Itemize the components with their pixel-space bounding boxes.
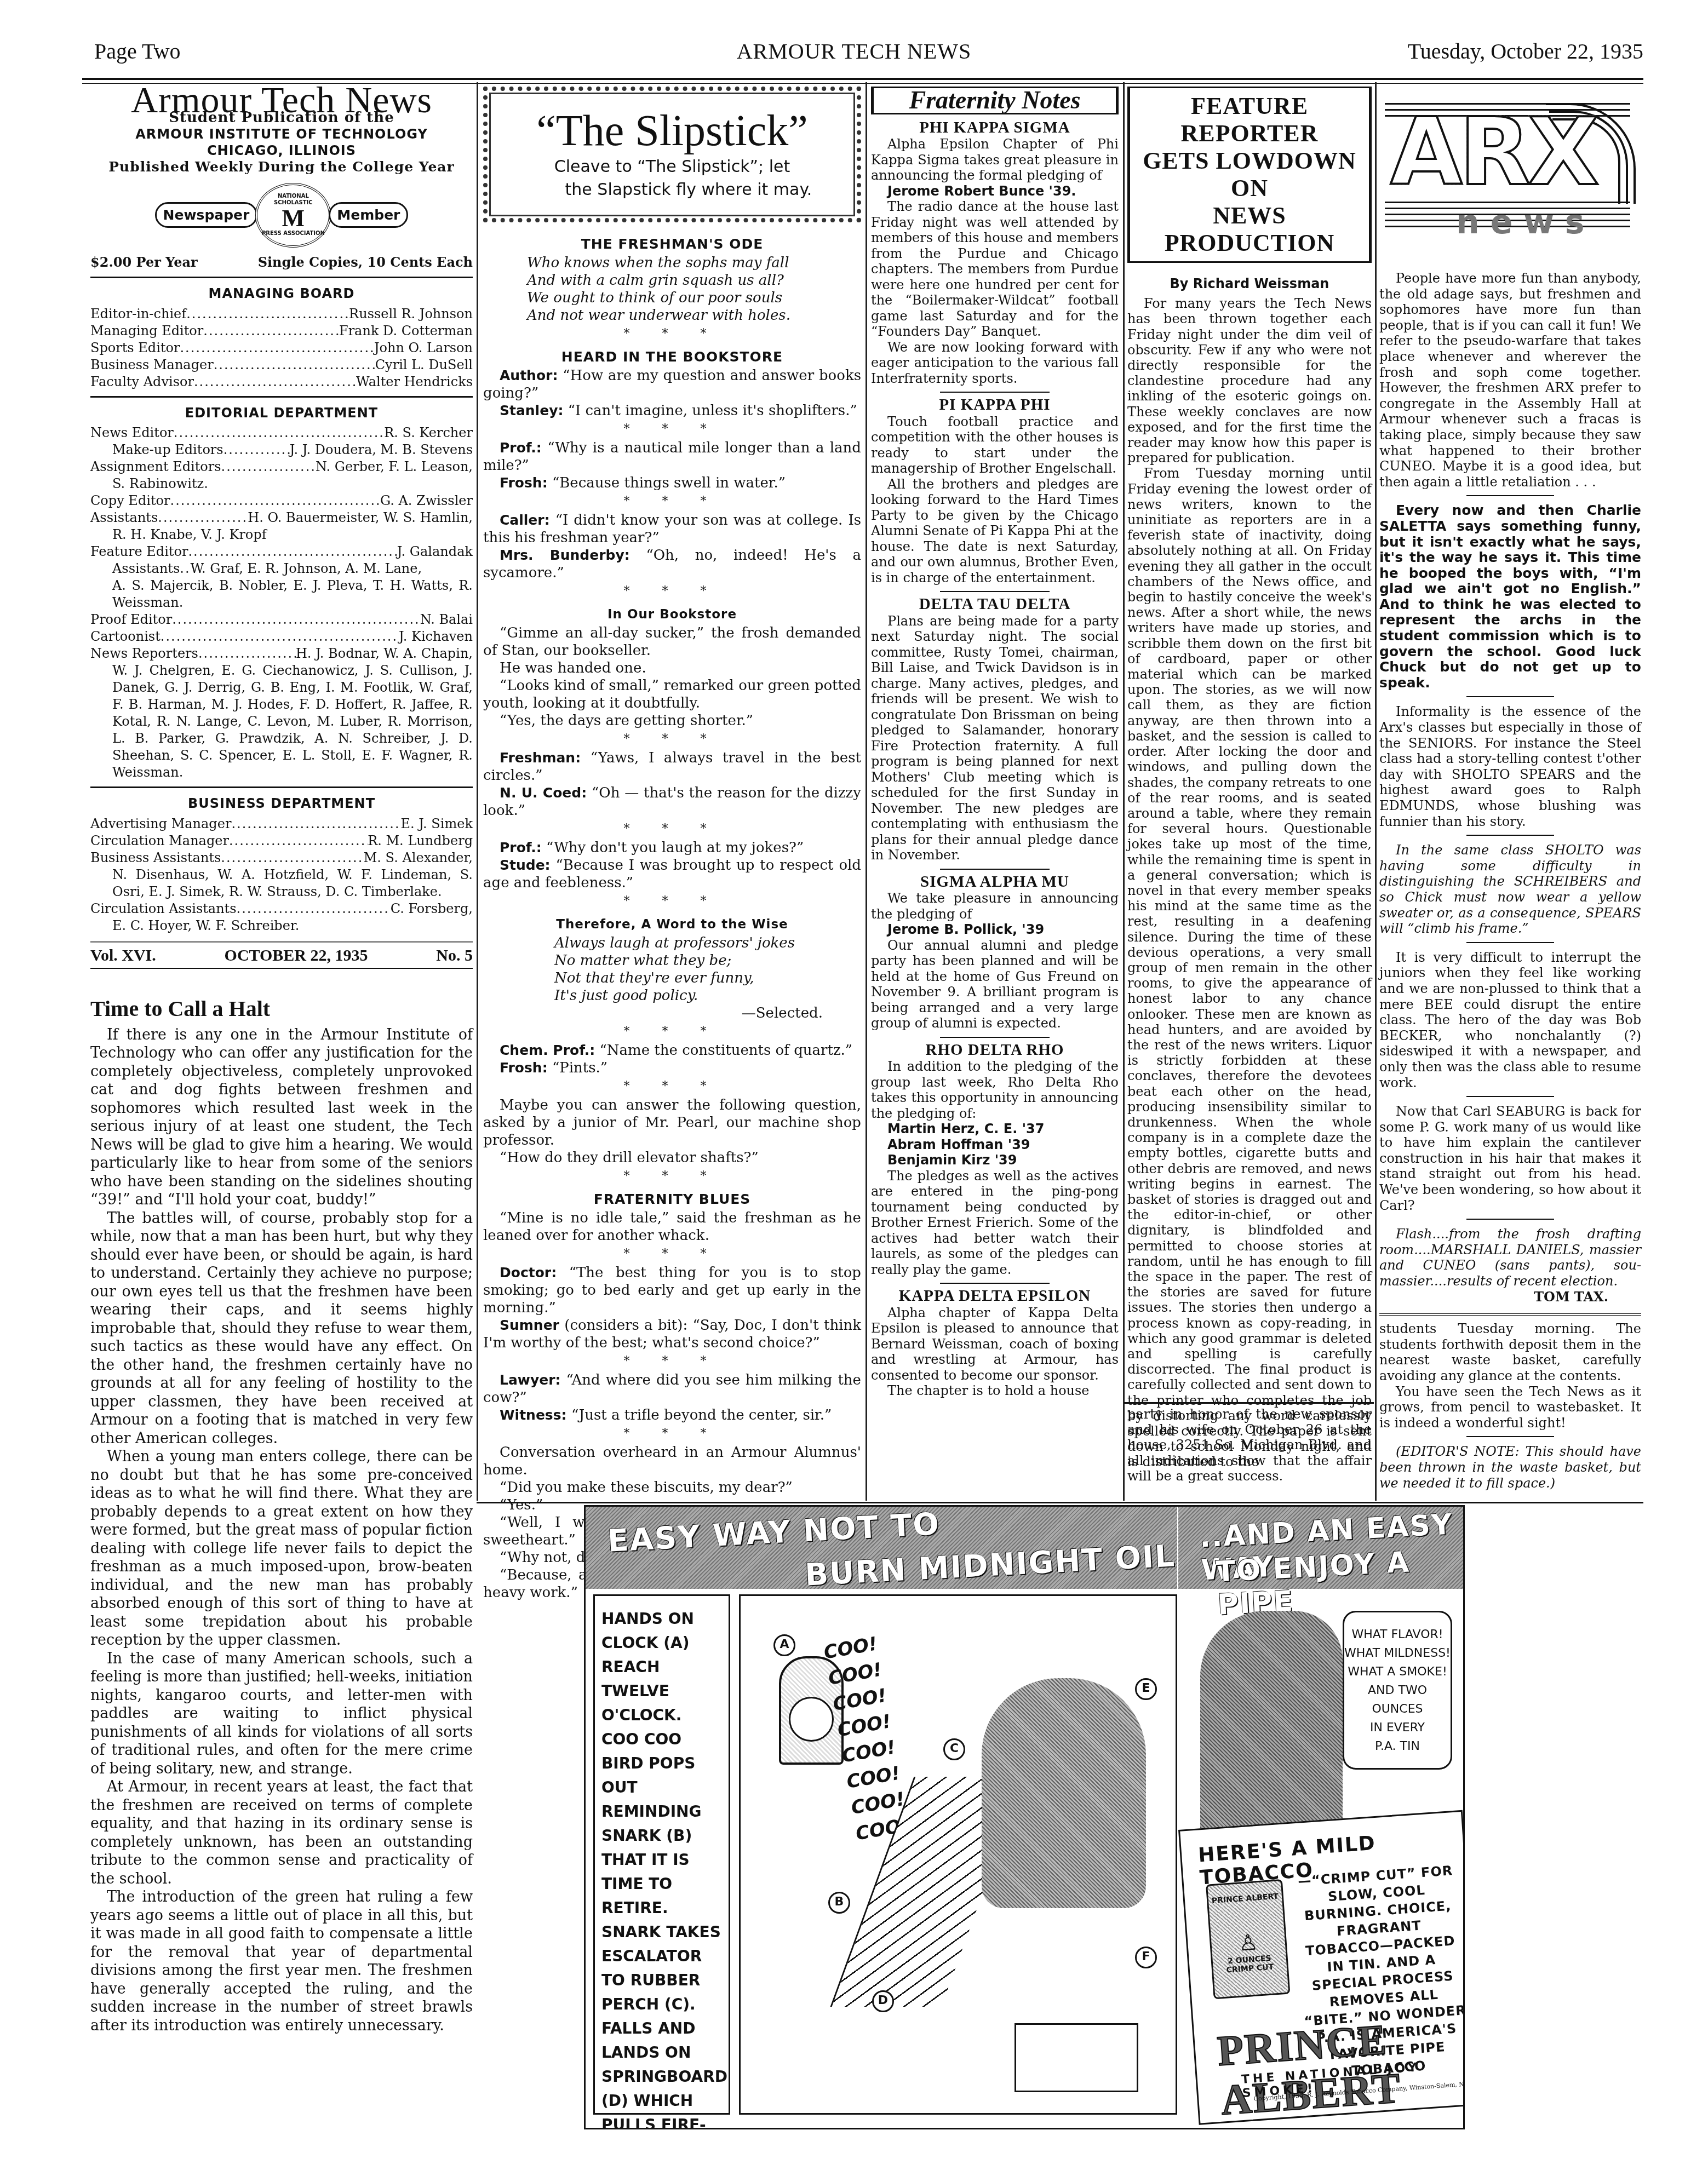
jump-rule <box>1124 1402 1374 1404</box>
divider <box>90 396 473 398</box>
speaker: Lawyer: <box>500 1372 560 1388</box>
slipstick-motto-1: Cleave to “The Slipstick”; let <box>498 156 846 179</box>
frat-paragraph: The pledges as well as the actives are e… <box>871 1168 1119 1278</box>
staff-name: H. J. Bodnar, W. A. Chapin, <box>296 645 473 662</box>
frat-paragraph: Alpha Epsilon Chapter of Phi Kappa Sigma… <box>871 136 1119 183</box>
joke-line: Stanley: “I can't imagine, unless it's s… <box>483 402 861 420</box>
feature-byline: By Richard Weissman <box>1127 276 1372 291</box>
joke-line: Author: “How are my question and answer … <box>483 367 861 402</box>
headline-line: GETS LOWDOWN ON <box>1133 147 1366 202</box>
speaker: Chem. Prof.: <box>500 1042 595 1058</box>
ad-headline-line: BURN MIDNIGHT OIL <box>804 1540 1176 1592</box>
wise-heading: Therefore, A Word to the Wise <box>483 916 861 933</box>
joke-line: Sumner (considers a bit): “Say, Doc, I d… <box>483 1317 861 1352</box>
staff-row: News ReportersH. J. Bodnar, W. A. Chapin… <box>90 645 473 662</box>
editorial-paragraph: In the case of many American schools, su… <box>90 1650 473 1778</box>
badge-newspaper: Newspaper <box>155 202 258 228</box>
staff-continuation: E. C. Hoyer, W. F. Schreiber. <box>90 917 473 934</box>
headline-line: FEATURE REPORTER <box>1133 93 1366 147</box>
tobacco-tin-icon: PRINCE ALBERT ♙ 2 OUNCES CRIMP CUT <box>1206 1879 1290 1999</box>
divider <box>1466 942 1554 943</box>
story-line: “Did you make these biscuits, my dear?” <box>483 1479 861 1496</box>
staff-row: Copy EditorG. A. Zwissler <box>90 492 473 509</box>
bubble-line: P.A. TIN <box>1344 1737 1451 1756</box>
frat-heading-pi-kappa-phi: PI KAPPA PHI <box>871 397 1119 413</box>
feature-paragraph: From Tuesday morning until Friday evenin… <box>1127 466 1372 1469</box>
bubble-line: WHAT FLAVOR! <box>1344 1626 1451 1644</box>
feature-column: FEATURE REPORTER GETS LOWDOWN ON NEWS PR… <box>1127 87 1372 1470</box>
staff-continuation: N. Disenhaus, W. A. Hotzfield, W. F. Lin… <box>90 866 473 900</box>
divider <box>940 1037 1050 1038</box>
joke-line: Stude: “Because I was brought up to resp… <box>483 857 861 892</box>
quote: “I can't imagine, unless it's shoplifter… <box>568 403 857 419</box>
frat-heading-phi-kappa-sigma: PHI KAPPA SIGMA <box>871 120 1119 136</box>
issue-number: No. 5 <box>436 946 473 965</box>
masthead-city: CHICAGO, ILLINOIS <box>90 142 473 159</box>
staff-row: Managing EditorFrank D. Cotterman <box>90 323 473 340</box>
label-c-icon: C <box>943 1738 965 1760</box>
label-d-icon: D <box>872 1990 894 2012</box>
ad-headline-right: ..AND AN EASY WAY TO ENJOY A PIPE <box>1178 1507 1463 1589</box>
speaker: Mrs. Bunderby: <box>500 547 630 563</box>
editorial-title: Time to Call a Halt <box>90 1000 473 1018</box>
feature-continuation: students Tuesday morning. The students f… <box>1379 1321 1641 1383</box>
separator-stars: * * * <box>483 1023 861 1041</box>
joke-line: Chem. Prof.: “Name the constituents of q… <box>483 1042 861 1059</box>
story-line: Maybe you can answer the following quest… <box>483 1096 861 1149</box>
ad-cartoon-caption: HANDS ON CLOCK (A) REACH TWELVE O'CLOCK.… <box>593 1594 730 2115</box>
arx-logo-text: ARX <box>1390 103 1596 202</box>
staff-role: Editor-in-chief <box>90 306 186 323</box>
staff-row: AssistantsH. O. Bauermeister, W. S. Haml… <box>90 509 473 526</box>
staff-row: News EditorR. S. Kercher <box>90 424 473 441</box>
pledge-name: Jerome B. Pollick, '39 <box>871 922 1119 938</box>
joke-line: N. U. Coed: “Oh — that's the reason for … <box>483 784 861 819</box>
divider <box>940 869 1050 870</box>
divider <box>940 392 1050 393</box>
joke-line: Prof.: “Why don't you laugh at my jokes?… <box>483 839 861 857</box>
staff-name: M. S. Alexander, <box>364 849 473 866</box>
staff-name: R. M. Lundberg <box>368 832 473 849</box>
separator-stars: * * * <box>483 1245 861 1263</box>
speaker: Witness: <box>500 1407 567 1423</box>
divider <box>1466 1436 1554 1437</box>
separator-stars: * * * <box>483 583 861 600</box>
speaker: Caller: <box>500 512 550 528</box>
subscription-prices: $2.00 Per Year Single Copies, 10 Cents E… <box>90 253 473 272</box>
speaker: N. U. Coed: <box>500 785 587 801</box>
editorial-department-list: News EditorR. S. Kercher Make-up Editors… <box>90 424 473 781</box>
pledge-name: Martin Herz, C. E. '37 <box>871 1121 1119 1137</box>
editorial-body: If there is any one in the Armour Instit… <box>90 1026 473 2035</box>
speaker: Prof.: <box>500 840 542 856</box>
staff-role: Cartoonist <box>90 628 161 645</box>
staff-name: J. Kichaven <box>399 628 473 645</box>
frat-heading-rho-delta-rho: RHO DELTA RHO <box>871 1042 1119 1058</box>
frat-paragraph: We take pleasure in announcing the pledg… <box>871 891 1119 922</box>
arx-item: Now that Carl SEABURG is back for some P… <box>1379 1104 1641 1213</box>
badge-bottom-text: PRESS ASSOCIATION <box>262 231 325 237</box>
wise-line: No matter what they be; <box>483 952 861 969</box>
quote: “Because things swell in water.” <box>552 475 786 491</box>
staff-role: Assistants <box>112 560 180 577</box>
joke-line: Doctor: “The best thing for you is to st… <box>483 1264 861 1317</box>
slipstick-banner: “The Slipstick” Cleave to “The Slipstick… <box>483 87 861 222</box>
speech-bubble: WHAT FLAVOR! WHAT MILDNESS! WHAT A SMOKE… <box>1343 1611 1452 1770</box>
feature-continuation: You have seen the Tech News as it grows,… <box>1379 1384 1641 1431</box>
bubble-line: IN EVERY <box>1344 1719 1451 1737</box>
frat-paragraph: The radio dance at the house last Friday… <box>871 199 1119 340</box>
staff-name: Russell R. Johnson <box>349 306 473 323</box>
staff-role: Business Manager <box>90 357 214 374</box>
staff-name: N. Gerber, F. L. Leason, <box>316 458 473 475</box>
arx-item: Every now and then Charlie SALETTA says … <box>1379 503 1641 691</box>
staff-continuation: W. J. Chelgren, E. G. Ciechanowicz, J. S… <box>90 662 473 781</box>
speaker: Sumner <box>500 1317 559 1333</box>
editorial-paragraph: At Armour, in recent years at least, the… <box>90 1778 473 1888</box>
desk-lamp-icon <box>1015 2023 1138 2092</box>
ad-pipe-panel: WHAT FLAVOR! WHAT MILDNESS! WHAT A SMOKE… <box>1178 1589 1463 2128</box>
speaker: Prof.: <box>500 440 542 456</box>
issue-date: Tuesday, October 22, 1935 <box>1408 38 1643 71</box>
staff-continuation: A. S. Majercik, B. Nobler, E. J. Pleva, … <box>90 577 473 611</box>
frat-paragraph: Our annual alumni and pledge party has b… <box>871 938 1119 1031</box>
staff-role: Copy Editor <box>90 492 170 509</box>
staff-row: Advertising ManagerE. J. Simek <box>90 816 473 832</box>
volume-line: Vol. XVI. OCTOBER 22, 1935 No. 5 <box>90 941 473 969</box>
masthead-title: Armour Tech News <box>90 91 473 110</box>
staff-continuation: S. Rabinowitz. <box>90 475 473 492</box>
staff-name: R. S. Kercher <box>384 424 473 441</box>
tobacco-card: HERE'S A MILD TOBACCO PRINCE ALBERT ♙ 2 … <box>1178 1810 1465 2125</box>
fraternity-notes-column: Fraternity Notes PHI KAPPA SIGMA Alpha E… <box>871 87 1119 1399</box>
feature-paragraph: For many years the Tech News has been th… <box>1127 296 1372 466</box>
separator-stars: * * * <box>483 493 861 510</box>
frat-heading-delta-tau-delta: DELTA TAU DELTA <box>871 596 1119 612</box>
staff-name: Frank D. Cotterman <box>339 323 473 340</box>
joke-line: Freshman: “Yaws, I always travel in the … <box>483 749 861 784</box>
separator-stars: * * * <box>483 325 861 343</box>
story-line: “Gimme an all-day sucker,” the frosh dem… <box>483 624 861 659</box>
quote: “Why don't you laugh at my jokes?” <box>546 840 804 856</box>
column-divider <box>1123 82 1125 1501</box>
speaker: Frosh: <box>500 1060 548 1076</box>
staff-role: Circulation Assistants <box>90 900 237 917</box>
story-line: “Yes, the days are getting shorter.” <box>483 712 861 730</box>
ode-line: And with a calm grin squash us all? <box>483 272 861 289</box>
frat-paragraph: Touch football practice and competition … <box>871 414 1119 476</box>
separator-stars: * * * <box>483 893 861 910</box>
prince-albert-advertisement: EASY WAY NOT TO BURN MIDNIGHT OIL ..AND … <box>584 1505 1465 2129</box>
masthead-frequency: Published Weekly During the College Year <box>90 159 473 175</box>
staff-row: Circulation AssistantsC. Forsberg, <box>90 900 473 917</box>
ode-line: We ought to think of our poor souls <box>483 289 861 307</box>
staff-role: Business Assistants <box>90 849 221 866</box>
pledge-name: Jerome Robert Bunce '39. <box>871 183 1119 199</box>
badge-monogram-icon: M <box>282 206 305 231</box>
staff-role: News Editor <box>90 424 174 441</box>
staff-role: Circulation Manager <box>90 832 229 849</box>
staff-name: J. Galandak <box>397 543 473 560</box>
frat-paragraph: Plans are being made for a party next Sa… <box>871 613 1119 863</box>
frat-paragraph: All the brothers and pledges are looking… <box>871 476 1119 586</box>
arx-logo-subtext: news <box>1456 206 1596 239</box>
staff-row: Assistants..W. Graf, E. R. Johnson, A. M… <box>90 560 473 577</box>
kde-continuation: party in honor of the new sponsor and hi… <box>1127 1406 1372 1484</box>
editorial-paragraph: If there is any one in the Armour Instit… <box>90 1026 473 1209</box>
staff-row: Make-up EditorsJ. J. Doudera, M. B. Stev… <box>90 441 473 458</box>
frat-paragraph: In addition to the pledging of the group… <box>871 1059 1119 1121</box>
column-divider <box>1375 82 1377 1501</box>
staff-name: E. J. Simek <box>401 816 473 832</box>
arx-item: Informality is the essence of the Arx's … <box>1379 704 1641 829</box>
feature-headline: FEATURE REPORTER GETS LOWDOWN ON NEWS PR… <box>1127 87 1372 263</box>
label-b-icon: B <box>828 1892 850 1914</box>
slipstick-motto-2: the Slapstick fly where it may. <box>498 179 846 202</box>
ad-headline-line: EASY WAY NOT TO <box>607 1508 941 1558</box>
staff-name: John O. Larson <box>374 340 473 357</box>
divider <box>940 591 1050 592</box>
speaker: Author: <box>500 368 558 383</box>
badge-top-text: NATIONAL SCHOLASTIC <box>257 193 329 206</box>
press-association-badge: Newspaper NATIONAL SCHOLASTIC M PRESS AS… <box>90 183 473 248</box>
editors-note: (EDITOR'S NOTE: This should have been th… <box>1379 1444 1641 1491</box>
frat-heading-kappa-delta-epsilon: KAPPA DELTA EPSILON <box>871 1288 1119 1304</box>
tin-label: PRINCE ALBERT <box>1208 1892 1282 1905</box>
staff-role: Advertising Manager <box>90 816 231 832</box>
staff-name: C. Forsberg, <box>391 900 473 917</box>
staff-name: Cyril L. DuSell <box>375 357 473 374</box>
speaker: Stude: <box>500 857 551 873</box>
staff-name: N. Balai <box>420 611 473 628</box>
frat-paragraph: We are now looking forward with eager an… <box>871 340 1119 387</box>
divider <box>90 786 473 788</box>
staff-role: News Reporters <box>90 645 198 662</box>
bubble-line: AND TWO OUNCES <box>1344 1681 1451 1719</box>
ode-line: And not wear underwear with holes. <box>483 307 861 324</box>
separator-stars: * * * <box>483 820 861 838</box>
headline-line: NEWS PRODUCTION <box>1133 202 1366 257</box>
staff-row: Feature EditorJ. Galandak <box>90 543 473 560</box>
frat-paragraph: The chapter is to hold a house <box>871 1383 1119 1399</box>
wise-line: Not that they're ever funny, <box>483 969 861 987</box>
speaker: Stanley: <box>500 403 563 418</box>
staff-role: Feature Editor <box>90 543 188 560</box>
pledge-name: Abram Hoffman '39 <box>871 1137 1119 1153</box>
staff-row: Business ManagerCyril L. DuSell <box>90 357 473 374</box>
speaker: Freshman: <box>500 750 581 766</box>
staff-row: Sports EditorJohn O. Larson <box>90 340 473 357</box>
staff-role: Assignment Editors <box>90 458 221 475</box>
separator-stars: * * * <box>483 1425 861 1443</box>
pledge-name: Benjamin Kirz '39 <box>871 1152 1119 1168</box>
frat-paragraph: Alpha chapter of Kappa Delta Epsilon is … <box>871 1305 1119 1383</box>
arx-item: It is very difficult to interrupt the ju… <box>1379 950 1641 1090</box>
label-e-icon: E <box>1135 1678 1157 1700</box>
divider <box>1466 1219 1554 1220</box>
quote: “Pints.” <box>552 1060 607 1076</box>
staff-name: J. J. Doudera, M. B. Stevens <box>290 441 473 458</box>
joke-line: Mrs. Bunderby: “Oh, no, indeed! He's a s… <box>483 547 861 582</box>
ode-heading: THE FRESHMAN'S ODE <box>483 236 861 253</box>
column-divider <box>866 82 867 1501</box>
arx-item: People have more fun than anybody, the o… <box>1379 271 1641 490</box>
speaker: Doctor: <box>500 1265 557 1281</box>
separator-stars: * * * <box>483 1353 861 1370</box>
staff-row: CartoonistJ. Kichaven <box>90 628 473 645</box>
selected-credit: —Selected. <box>483 1004 861 1022</box>
frat-paragraph: party in honor of the new sponsor and hi… <box>1127 1406 1372 1484</box>
separator-stars: * * * <box>483 731 861 748</box>
masthead-column: Armour Tech News Student Publication of … <box>90 87 473 2035</box>
ode-line: Who knows when the sophs may fall <box>483 254 861 272</box>
bubble-line: WHAT MILDNESS! <box>1344 1644 1451 1663</box>
story-line: “How do they drill elevator shafts?” <box>483 1149 861 1167</box>
elephant-icon <box>982 1678 1146 1908</box>
staff-row: Circulation ManagerR. M. Lundberg <box>90 832 473 849</box>
frat-heading-sigma-alpha-mu: SIGMA ALPHA MU <box>871 874 1119 890</box>
joke-line: Frosh: “Because things swell in water.” <box>483 474 861 492</box>
staff-name: H. O. Bauermeister, W. S. Hamlin, <box>248 509 473 526</box>
label-a-icon: A <box>773 1634 795 1656</box>
staff-role: Assistants <box>90 509 158 526</box>
editorial-paragraph: When a young man enters college, there c… <box>90 1448 473 1650</box>
ad-cartoon-panel: COO! COO! COO! COO! COO! COO! COO! COO! … <box>739 1594 1177 2115</box>
business-department-list: Advertising ManagerE. J. Simek Circulati… <box>90 816 473 934</box>
arx-news-logo: ARX news <box>1379 87 1641 262</box>
divider <box>1466 1096 1554 1097</box>
speaker: Frosh: <box>500 475 548 491</box>
staff-role: Sports Editor <box>90 340 180 357</box>
joke-line: Lawyer: “And where did you see him milki… <box>483 1371 861 1406</box>
divider <box>1466 495 1554 496</box>
staff-row: Assignment EditorsN. Gerber, F. L. Leaso… <box>90 458 473 475</box>
single-copy-price: Single Copies, 10 Cents Each <box>258 253 473 272</box>
separator-stars: * * * <box>483 421 861 438</box>
arx-news-column: ARX news People have more fun than anybo… <box>1379 87 1641 1491</box>
story-line: “Looks kind of small,” remarked our gree… <box>483 677 861 712</box>
wise-line: It's just good policy. <box>483 987 861 1004</box>
staff-row: Business AssistantsM. S. Alexander, <box>90 849 473 866</box>
staff-row: Proof EditorN. Balai <box>90 611 473 628</box>
arx-item: Flash....from the frosh drafting room...… <box>1379 1226 1641 1289</box>
fraternity-blues-heading: FRATERNITY BLUES <box>483 1191 861 1208</box>
story-line: Conversation overheard in an Armour Alum… <box>483 1444 861 1479</box>
quote: “Just a trifle beyond the center, sir.” <box>571 1407 832 1423</box>
divider <box>940 1283 1050 1284</box>
badge-member: Member <box>329 202 408 228</box>
arx-item: In the same class SHOLTO was having some… <box>1379 842 1641 937</box>
editorial-department-heading: EDITORIAL DEPARTMENT <box>90 404 473 423</box>
slipstick-title: “The Slipstick” <box>498 106 846 156</box>
slipstick-column: “The Slipstick” Cleave to “The Slipstick… <box>483 87 861 1619</box>
staff-role: Make-up Editors <box>112 441 223 458</box>
our-bookstore-heading: In Our Bookstore <box>483 606 861 623</box>
badge-emblem: NATIONAL SCHOLASTIC M PRESS ASSOCIATION <box>255 183 331 248</box>
separator-stars: * * * <box>483 1078 861 1095</box>
story-line: “Mine is no idle tale,” said the freshma… <box>483 1209 861 1244</box>
staff-role: Proof Editor <box>90 611 172 628</box>
label-f-icon: F <box>1135 1947 1157 1968</box>
quote: “Name the constituents of quartz.” <box>599 1042 852 1059</box>
masthead-institute: ARMOUR INSTITUTE OF TECHNOLOGY <box>90 126 473 142</box>
bubble-line: WHAT A SMOKE! <box>1344 1663 1451 1681</box>
ad-headline-left: EASY WAY NOT TO BURN MIDNIGHT OIL <box>586 1507 1177 1589</box>
divider <box>90 277 473 278</box>
divider <box>1379 1313 1641 1316</box>
joke-line: Prof.: “Why is a nautical mile longer th… <box>483 439 861 474</box>
staff-name: G. A. Zwissler <box>380 492 473 509</box>
bookstore-heading: HEARD IN THE BOOKSTORE <box>483 348 861 366</box>
yearly-price: $2.00 Per Year <box>90 253 198 272</box>
volume-date: OCTOBER 22, 1935 <box>225 946 368 965</box>
managing-board-heading: MANAGING BOARD <box>90 285 473 303</box>
separator-stars: * * * <box>483 1168 861 1185</box>
staff-name: Walter Hendricks <box>356 374 473 391</box>
managing-board-list: Editor-in-chiefRussell R. Johnson Managi… <box>90 306 473 391</box>
story-line: He was handed one. <box>483 659 861 677</box>
staff-role: Managing Editor <box>90 323 203 340</box>
volume-number: Vol. XVI. <box>90 946 156 965</box>
joke-line: Witness: “Just a trifle beyond the cente… <box>483 1406 861 1424</box>
staff-continuation: R. H. Knabe, V. J. Kropf <box>90 526 473 543</box>
business-department-heading: BUSINESS DEPARTMENT <box>90 795 473 813</box>
divider <box>1466 835 1554 836</box>
staff-name: W. Graf, E. R. Johnson, A. M. Lane, <box>191 560 422 577</box>
wise-line: Always laugh at professors' jokes <box>483 934 861 952</box>
staff-row: Editor-in-chiefRussell R. Johnson <box>90 306 473 323</box>
staff-row: Faculty AdvisorWalter Hendricks <box>90 374 473 391</box>
staff-role: Faculty Advisor <box>90 374 194 391</box>
column-divider <box>477 82 478 1501</box>
fraternity-notes-title: Fraternity Notes <box>871 87 1119 114</box>
editorial-paragraph: The introduction of the green hat ruling… <box>90 1888 473 2035</box>
arx-signature: TOM TAX. <box>1379 1289 1641 1305</box>
joke-line: Frosh: “Pints.” <box>483 1059 861 1077</box>
divider <box>1466 696 1554 697</box>
joke-line: Caller: “I didn't know your son was at c… <box>483 512 861 547</box>
editorial-paragraph: The battles will, of course, probably st… <box>90 1209 473 1448</box>
